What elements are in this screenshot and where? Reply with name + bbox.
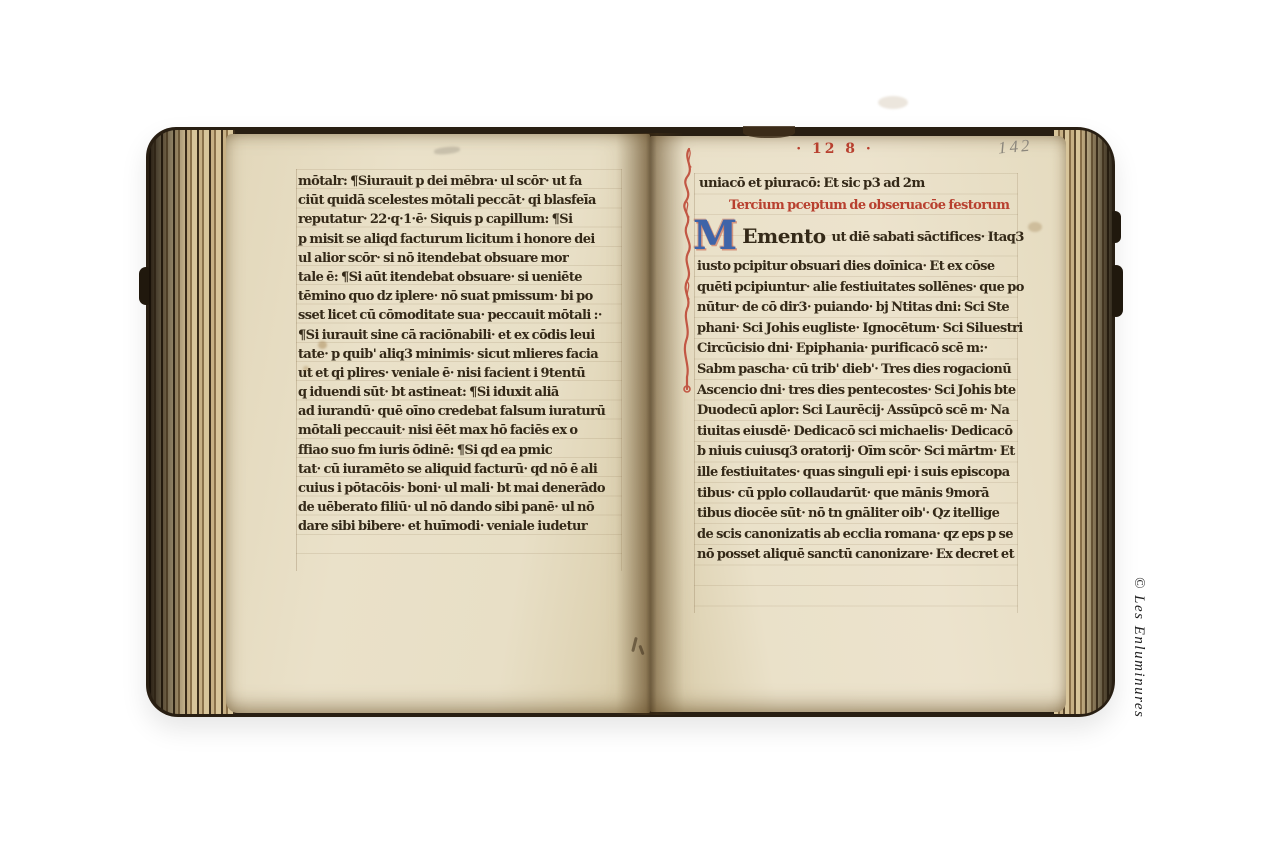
manuscript-text-line: reputatur· 22·q·1·ē· Siquis p capillum: …: [298, 210, 622, 229]
parchment-stain: [878, 96, 908, 109]
manuscript-text-line: iusto pcipitur obsuari dies doīnica· Et …: [697, 257, 1017, 278]
manuscript-text-line: b niuis cuiusq3 oratorij· Oīm scōr· Sci …: [697, 442, 1017, 463]
manuscript-text-line: mōtalr: ¶Siurauit p dei mēbra· ul scōr· …: [298, 172, 622, 191]
manuscript-text-line: q iduendi sūt· bt astineat: ¶Si iduxit a…: [298, 383, 622, 402]
manuscript-text-line: quēti pcipiuntur· alie festiuitates soll…: [697, 278, 1017, 299]
manuscript-text-line: p misit se aliqd facturum licitum i hono…: [298, 230, 622, 249]
manuscript-text-line: Sabm pascha· cū trib' dieb'· Tres dies r…: [697, 360, 1017, 381]
page-edges-left: [149, 130, 235, 714]
manuscript-text-line: nō posset aliquē sanctū canonizare· Ex d…: [697, 545, 1017, 566]
manuscript-text-line: ille festiuitates· quas singuli epi· i s…: [697, 463, 1017, 484]
manuscript-text-line: dare sibi bibere· et huīmodi· veniale iu…: [298, 517, 622, 536]
right-page-text-block: iusto pcipitur obsuari dies doīnica· Et …: [697, 257, 1017, 566]
manuscript-text-line: tat· cū iuramēto se aliquid facturū· qd …: [298, 460, 622, 479]
manuscript-text-line: tibus· cū pplo collaudarūt· que mānis 9m…: [697, 484, 1017, 505]
manuscript-text-line: sset licet cū cōmoditate sua· peccauit m…: [298, 306, 622, 325]
illuminated-initial-M: M: [693, 217, 737, 255]
manuscript-text-line: Duodecū aplor: Sci Laurēcij· Assūpcō scē…: [697, 401, 1017, 422]
manuscript-text-line: ffiao suo fm iuris ōdinē: ¶Si qd ea pmic: [298, 441, 622, 460]
manuscript-text-line: tale ē: ¶Si aūt itendebat obsuare· si ue…: [298, 268, 622, 287]
manuscript-text-line: tiuitas eiusdē· Dedicacō sci michaelis· …: [697, 422, 1017, 443]
manuscript-text-line: nūtur· de cō dir3· puiando· bj Ntitas dn…: [697, 298, 1017, 319]
manuscript-text-line: ul alior scōr· si nō itendebat obsuare m…: [298, 249, 622, 268]
parchment-stain: [318, 341, 327, 349]
rubric-line: Tercium pceptum de obseruacōe festorum: [729, 198, 1009, 213]
gutter-top-edge: [743, 126, 795, 138]
folio-number-pencil: 142: [997, 136, 1033, 159]
manuscript-text-line: ciūt quidā scelestes mōtali peccāt· qi b…: [298, 191, 622, 210]
manuscript-text-line: tibus diocēe sūt· nō tn gnāliter oib'· Q…: [697, 504, 1017, 525]
parchment-stain: [303, 366, 309, 371]
incipit-line: MEmentout diē sabati sāctifices· Itaq3: [693, 217, 1024, 257]
left-page-text-block: mōtalr: ¶Siurauit p dei mēbra· ul scōr· …: [298, 172, 622, 537]
photo-credit: © Les Enluminures: [1130, 577, 1147, 718]
incipit-display-word: Emento: [742, 224, 825, 248]
right-page-heading-number: · 12 8 ·: [785, 141, 885, 157]
right-page-opening-line: uniacō et piuracō: Et sic p3 ad 2m: [699, 176, 925, 191]
manuscript-text-line: phani· Sci Johis eugliste· Ignocētum· Sc…: [697, 319, 1017, 340]
manuscript-text-line: ¶Si iurauit sine cā raciōnabili· et ex c…: [298, 326, 622, 345]
manuscript-text-line: de uēberato filiū· ul nō dando sibi panē…: [298, 498, 622, 517]
manuscript-book: mōtalr: ¶Siurauit p dei mēbra· ul scōr· …: [146, 127, 1115, 717]
manuscript-text-line: de scis canonizatis ab ecclia romana· qz…: [697, 525, 1017, 546]
manuscript-text-line: tēmino quo dz iplere· nō suat pmissum· b…: [298, 287, 622, 306]
parchment-stain: [1028, 222, 1042, 232]
incipit-rest-text: ut diē sabati sāctifices· Itaq3: [832, 230, 1024, 245]
manuscript-text-line: tate· p quib' aliq3 minimis· sicut mlier…: [298, 345, 622, 364]
manuscript-text-line: Ascencio dni· tres dies pentecostes· Sci…: [697, 381, 1017, 402]
manuscript-text-line: cuius i pōtacōis· boni· ul mali· bt mai …: [298, 479, 622, 498]
manuscript-text-line: ut et qi plires· veniale ē· nisi facient…: [298, 364, 622, 383]
manuscript-text-line: Circūcisio dni· Epiphania· purificacō sc…: [697, 339, 1017, 360]
manuscript-text-line: ad iurandū· quē oīno credebat falsum iur…: [298, 402, 622, 421]
photo-stage: mōtalr: ¶Siurauit p dei mēbra· ul scōr· …: [0, 0, 1280, 860]
manuscript-text-line: mōtali peccauit· nisi ēēt max hō faciēs …: [298, 421, 622, 440]
